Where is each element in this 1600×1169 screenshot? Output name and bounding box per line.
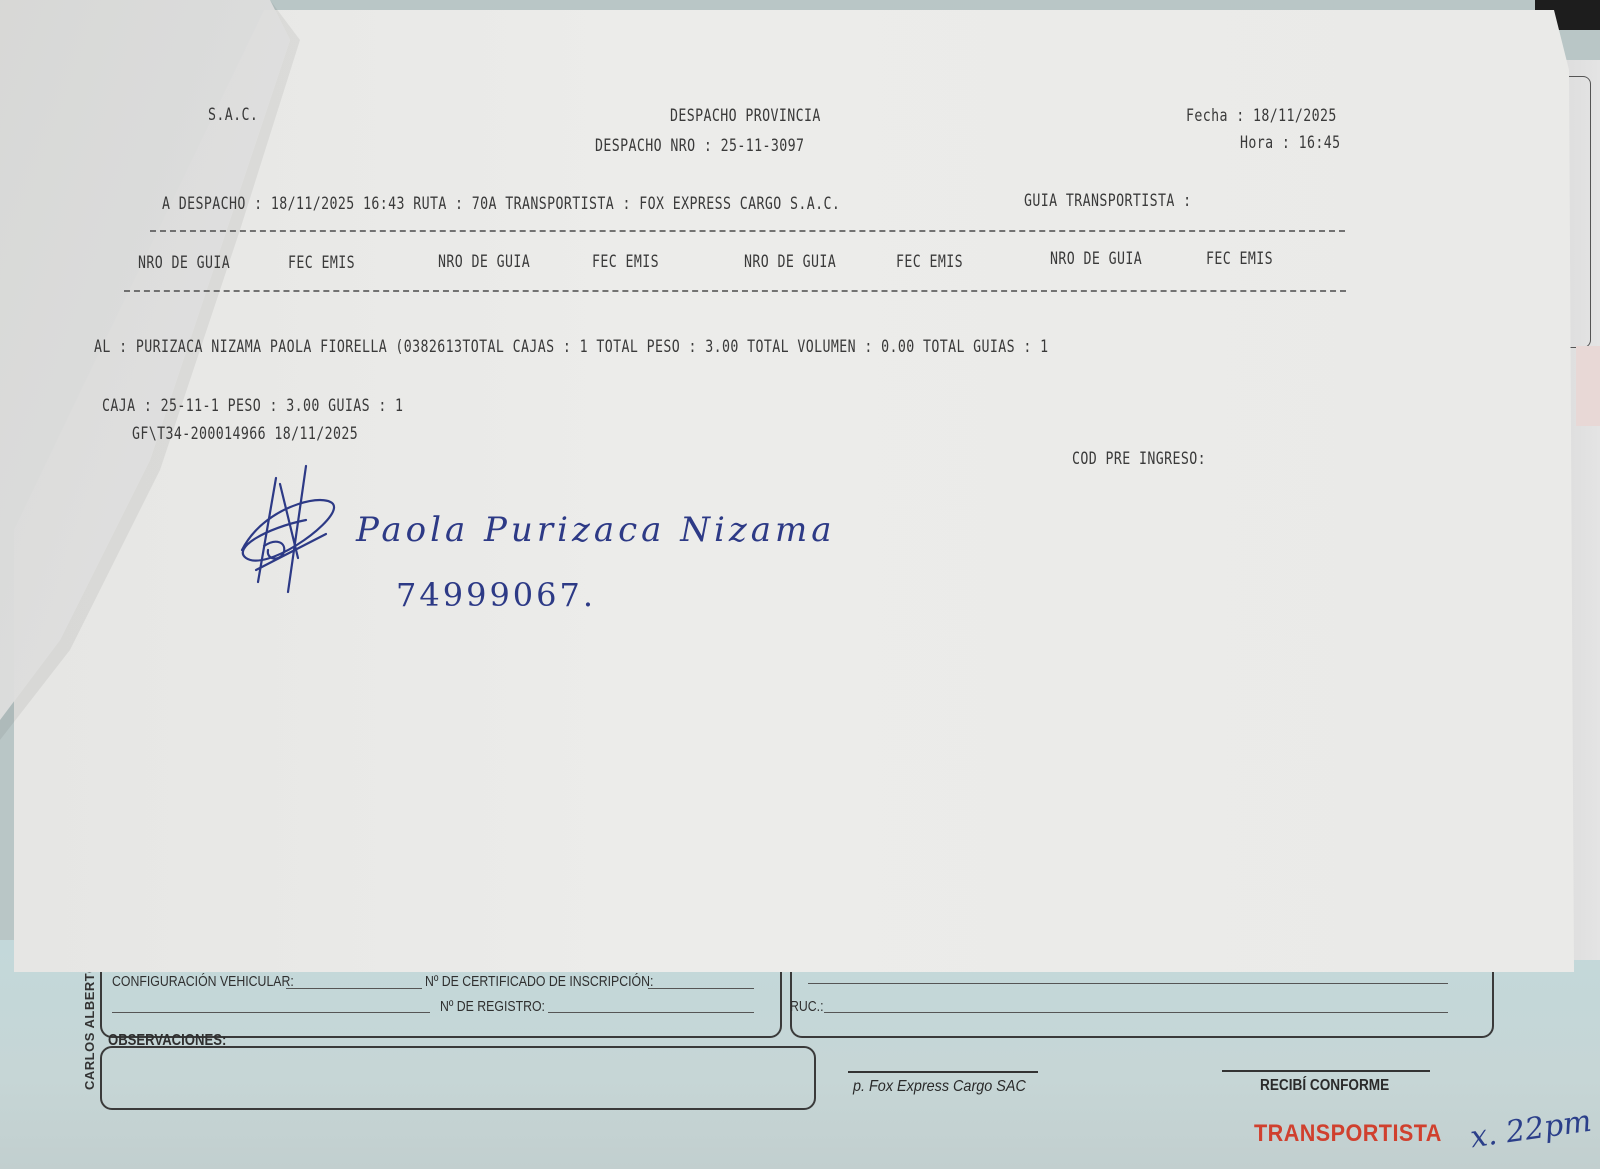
registry-label: Nº DE REGISTRO:	[440, 998, 545, 1015]
col-nro-guia-3: NRO DE GUIA	[744, 252, 836, 272]
guide-line: GF\T34-200014966 18/11/2025	[132, 424, 358, 444]
received-caption: RECIBÍ CONFORME	[1260, 1077, 1389, 1095]
col-fec-emis-4: FEC EMIS	[1206, 249, 1273, 269]
col-nro-guia-2: NRO DE GUIA	[438, 252, 530, 272]
col-fec-emis-1: FEC EMIS	[288, 253, 355, 273]
company-signature-caption: p. Fox Express Cargo SAC	[853, 1078, 1026, 1096]
names-field[interactable]	[808, 983, 1448, 984]
company-suffix: S.A.C.	[208, 105, 258, 125]
certificate-field[interactable]	[648, 988, 754, 989]
col-fec-emis-3: FEC EMIS	[896, 252, 963, 272]
recipient-summary-line: AL : PURIZACA NIZAMA PAOLA FIORELLA (038…	[94, 337, 1049, 357]
vehicle-config-label: CONFIGURACIÓN VEHICULAR:	[112, 973, 294, 990]
underlying-page-pink-strip	[1576, 346, 1600, 426]
certificate-label: Nº DE CERTIFICADO DE INSCRIPCIÓN:	[425, 973, 653, 990]
dispatch-info-line: A DESPACHO : 18/11/2025 16:43 RUTA : 70A…	[162, 194, 840, 214]
col-nro-guia-4: NRO DE GUIA	[1050, 249, 1142, 269]
observations-box	[100, 1046, 816, 1110]
signature-id-number: 74999067.	[396, 576, 596, 614]
header-rule-top	[150, 230, 1345, 232]
header-rule-bottom	[124, 290, 1346, 292]
observations-label: OBSERVACIONES:	[108, 1032, 226, 1050]
ruc-field[interactable]	[824, 1012, 1448, 1013]
carrier-guide-label: GUIA TRANSPORTISTA :	[1024, 191, 1191, 211]
signature-scribble-icon	[236, 462, 340, 598]
company-signature-line	[848, 1071, 1038, 1073]
dispatch-date: Fecha : 18/11/2025	[1186, 106, 1337, 126]
box-line: CAJA : 25-11-1 PESO : 3.00 GUIAS : 1	[102, 396, 403, 416]
col-fec-emis-2: FEC EMIS	[592, 252, 659, 272]
ruc-label: RUC.:	[790, 998, 823, 1015]
registry-field[interactable]	[548, 1012, 754, 1013]
signature-name: Paola Purizaca Nizama	[356, 510, 836, 550]
received-role: TRANSPORTISTA	[1254, 1120, 1442, 1148]
col-nro-guia-1: NRO DE GUIA	[138, 253, 230, 273]
vehicle-extra-field[interactable]	[112, 1012, 430, 1013]
dispatch-number: DESPACHO NRO : 25-11-3097	[595, 136, 804, 156]
received-signature-line	[1222, 1070, 1430, 1072]
dispatch-time: Hora : 16:45	[1240, 133, 1340, 153]
pre-ingreso-label: COD PRE INGRESO:	[1072, 449, 1206, 469]
document-title: DESPACHO PROVINCIA	[670, 106, 821, 126]
vehicle-config-field[interactable]	[286, 988, 422, 989]
